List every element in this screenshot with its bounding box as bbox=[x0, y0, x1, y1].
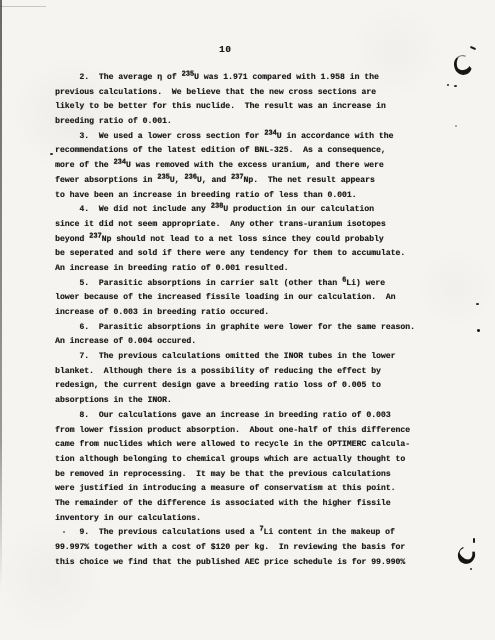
pen-tick-mark-bottom bbox=[473, 538, 475, 543]
text-line: this choice we find that the published A… bbox=[55, 556, 427, 571]
text-line: absorptions in the INOR. bbox=[55, 394, 427, 409]
text-line: were justified in introducing a measure … bbox=[55, 482, 427, 497]
pen-tick-mark-top bbox=[470, 46, 476, 50]
text-line: be seperated and sold if there were any … bbox=[55, 247, 427, 262]
text-line: 3. We used a lower cross section for 234… bbox=[55, 130, 427, 145]
scan-edge-left bbox=[0, 0, 2, 588]
text-line: likely to be better for this nuclide. Th… bbox=[55, 100, 427, 115]
text-line: 4. We did not include any 238U productio… bbox=[55, 203, 427, 218]
text-line: lower because of the increased fissile l… bbox=[55, 291, 427, 306]
paragraph: 2. The average η of 235U was 1.971 compa… bbox=[55, 71, 427, 130]
paragraph: 7. The previous calculations omitted the… bbox=[55, 350, 427, 409]
ink-speck bbox=[455, 125, 457, 127]
ink-speck bbox=[470, 568, 472, 570]
ink-speck bbox=[447, 84, 449, 86]
text-line: to have been an increase in breeding rat… bbox=[55, 189, 427, 204]
ink-speck bbox=[454, 85, 457, 87]
ink-speck bbox=[477, 329, 480, 332]
ink-speck bbox=[50, 153, 53, 155]
paragraph: 6. Parasitic absorptions in graphite wer… bbox=[55, 321, 427, 350]
text-line: 2. The average η of 235U was 1.971 compa… bbox=[55, 71, 427, 86]
text-line: 6. Parasitic absorptions in graphite wer… bbox=[55, 321, 427, 336]
handwritten-circle-mark-bottom bbox=[455, 543, 479, 567]
text-line: more of the 234U was removed with the ex… bbox=[55, 159, 427, 174]
text-line: came from nuclides which were allowed to… bbox=[55, 438, 427, 453]
text-line: from lower fission product absorption. A… bbox=[55, 424, 427, 439]
text-line: An increase in breeding ratio of 0.001 r… bbox=[55, 262, 427, 277]
text-line: tion although belonging to chemical grou… bbox=[55, 453, 427, 468]
text-line: recommendations of the latest edition of… bbox=[55, 144, 427, 159]
text-line: The remainder of the difference is assoc… bbox=[55, 497, 427, 512]
text-line: previous calculations. We believe that t… bbox=[55, 86, 427, 101]
text-line: 8. Our calculations gave an increase in … bbox=[55, 409, 427, 424]
text-line: An increase of 0.004 occured. bbox=[55, 335, 427, 350]
paragraph: 8. Our calculations gave an increase in … bbox=[55, 409, 427, 527]
text-line: breeding ratio of 0.001. bbox=[55, 115, 427, 130]
document-body: 2. The average η of 235U was 1.971 compa… bbox=[55, 71, 427, 570]
handwritten-circle-mark-top bbox=[452, 53, 474, 77]
scan-edge-top bbox=[0, 6, 46, 7]
page-number: 10 bbox=[219, 44, 231, 55]
ink-speck bbox=[476, 303, 479, 305]
paragraph: 5. Parasitic absorptions in carrier salt… bbox=[55, 277, 427, 321]
text-line: redesign, the current design gave a bree… bbox=[55, 379, 427, 394]
text-line: 9. The previous calculations used a 7Li … bbox=[55, 526, 427, 541]
text-line: 99.997% together with a cost of $120 per… bbox=[55, 541, 427, 556]
text-line: increase of 0.003 in breeding ratio occu… bbox=[55, 306, 427, 321]
paragraph: 4. We did not include any 238U productio… bbox=[55, 203, 427, 276]
text-line: fewer absorptions in 235U, 236U, and 237… bbox=[55, 174, 427, 189]
paragraph: 9. The previous calculations used a 7Li … bbox=[55, 526, 427, 570]
text-line: blanket. Although there is a possibility… bbox=[55, 365, 427, 380]
text-line: inventory in our calculations. bbox=[55, 512, 427, 527]
paragraph: 3. We used a lower cross section for 234… bbox=[55, 130, 427, 203]
text-line: be removed in reprocessing. It may be th… bbox=[55, 468, 427, 483]
text-line: 5. Parasitic absorptions in carrier salt… bbox=[55, 277, 427, 292]
ink-speck bbox=[63, 531, 65, 533]
scanned-page: 10 2. The average η of 235U was 1.971 co… bbox=[0, 0, 495, 640]
text-line: 7. The previous calculations omitted the… bbox=[55, 350, 427, 365]
text-line: since it did not seem appropriate. Any o… bbox=[55, 218, 427, 233]
text-line: beyond 237Np should not lead to a net lo… bbox=[55, 233, 427, 248]
